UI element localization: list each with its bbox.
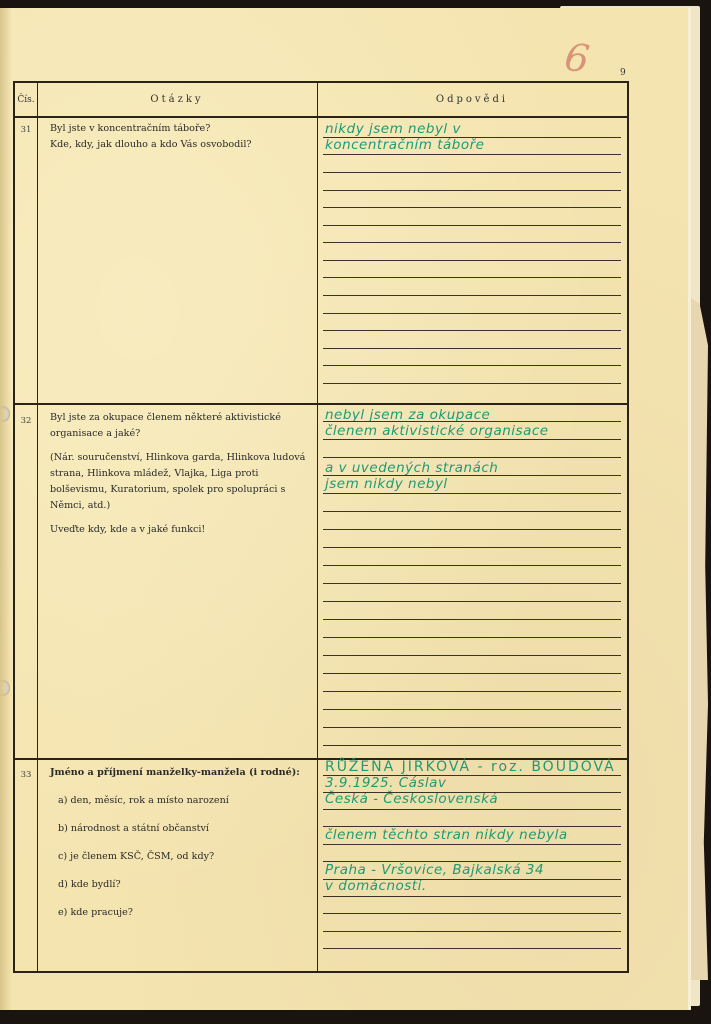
question-text: Byl jste za okupace členem některé aktiv… [50, 410, 312, 538]
question-line: Uveďte kdy, kde a v jaké funkci! [50, 522, 312, 538]
question-line-e: e) kde pracuje? [50, 905, 312, 921]
header-number: Čís. [15, 83, 37, 116]
answer-rule [323, 493, 621, 494]
answer-rule [323, 277, 621, 278]
answer-rule [323, 619, 621, 620]
answer-rule [323, 948, 621, 949]
answer-rule [323, 896, 621, 897]
answer-rule [323, 529, 621, 530]
answer-rule [323, 879, 621, 880]
answer-rule [323, 383, 621, 384]
handwritten-answer: jsem nikdy nebyl [325, 476, 448, 492]
page-number: 9 [620, 68, 626, 78]
answer-rule [323, 475, 621, 476]
answer-rule [323, 844, 621, 845]
answer-rule [323, 348, 621, 349]
answer-rule [323, 826, 621, 827]
answer-rule [323, 421, 621, 422]
question-line: Byl jste za okupace členem některé aktiv… [50, 410, 312, 442]
answer-rule [323, 673, 621, 674]
answer-rule [323, 583, 621, 584]
answer-rule [323, 792, 621, 793]
row-number: 31 [15, 125, 37, 135]
question-line-c: c) je členem KSČ, ČSM, od kdy? [50, 849, 312, 865]
answer-rule [323, 709, 621, 710]
question-line-d: d) kde bydlí? [50, 877, 312, 893]
handwritten-folio-number: 6 [562, 35, 592, 82]
answer-rule [323, 439, 621, 440]
answer-rule [323, 260, 621, 261]
questionnaire-table: Čís. Otázky Odpovědi 31 Byl jste v konce… [13, 81, 629, 973]
answer-field-31[interactable]: nikdy jsem nebyl v koncentračním táboře [319, 116, 625, 403]
answer-rule [323, 137, 621, 138]
answer-rule [323, 913, 621, 914]
question-line: Byl jste v koncentračním táboře? [50, 121, 312, 137]
answer-rule [323, 809, 621, 810]
page-binding-shadow [0, 8, 12, 1010]
answer-field-33[interactable]: RŮŽENA JIRKOVÁ - roz. BOUDOVÁ 3.9.1925. … [319, 758, 625, 971]
answer-field-32[interactable]: nebyl jsem za okupace členem aktivistick… [319, 403, 625, 758]
handwritten-answer: koncentračním táboře [325, 137, 484, 153]
question-line: Jméno a příjmení manželky-manžela (i rod… [50, 765, 312, 781]
header-questions: Otázky [37, 83, 317, 116]
question-text: Byl jste v koncentračním táboře? Kde, kd… [50, 121, 312, 153]
answer-rule [323, 242, 621, 243]
answer-rule [323, 295, 621, 296]
answer-rule [323, 775, 621, 776]
row-number: 32 [15, 416, 37, 426]
answer-rule [323, 745, 621, 746]
answer-rule [323, 313, 621, 314]
answer-rule [323, 861, 621, 862]
answer-rule [323, 365, 621, 366]
handwritten-answer: členem aktivistické organisace [325, 423, 549, 439]
answer-rule [323, 154, 621, 155]
handwritten-answer: 3.9.1925. Čáslav [325, 775, 446, 791]
answer-rule [323, 225, 621, 226]
answer-rule [323, 190, 621, 191]
question-line-a: a) den, měsíc, rok a místo narození [50, 793, 312, 809]
answer-rule [323, 547, 621, 548]
handwritten-answer: RŮŽENA JIRKOVÁ - roz. BOUDOVÁ [325, 759, 616, 775]
question-text: Jméno a příjmení manželky-manžela (i rod… [50, 765, 312, 933]
answer-rule [323, 172, 621, 173]
handwritten-answer: Česká - Československá [325, 791, 498, 807]
handwritten-answer: a v uvedených stranách [325, 460, 498, 476]
handwritten-answer: nikdy jsem nebyl v [325, 121, 461, 137]
column-divider [37, 83, 38, 971]
answer-rule [323, 330, 621, 331]
answer-rule [323, 565, 621, 566]
answer-rule [323, 457, 621, 458]
question-line-b: b) národnost a státní občanství [50, 821, 312, 837]
answer-rule [323, 601, 621, 602]
answer-rule [323, 207, 621, 208]
answer-rule [323, 931, 621, 932]
handwritten-answer: Praha - Vršovice, Bajkalská 34 [325, 862, 544, 878]
answer-rule [323, 655, 621, 656]
answer-rule [323, 691, 621, 692]
handwritten-answer: členem těchto stran nikdy nebyla [325, 827, 568, 843]
row-number: 33 [15, 770, 37, 780]
handwritten-answer: v domácnosti. [325, 878, 427, 894]
answer-rule [323, 511, 621, 512]
column-divider [317, 83, 318, 971]
document-page: 6 9 Čís. Otázky Odpovědi 31 Byl jste v k… [0, 8, 691, 1010]
answer-rule [323, 727, 621, 728]
answer-rule [323, 637, 621, 638]
header-answers: Odpovědi [317, 83, 627, 116]
question-line: (Nár. souručenství, Hlinkova garda, Hlin… [50, 450, 312, 514]
question-line: Kde, kdy, jak dlouho a kdo Vás osvobodil… [50, 137, 312, 153]
